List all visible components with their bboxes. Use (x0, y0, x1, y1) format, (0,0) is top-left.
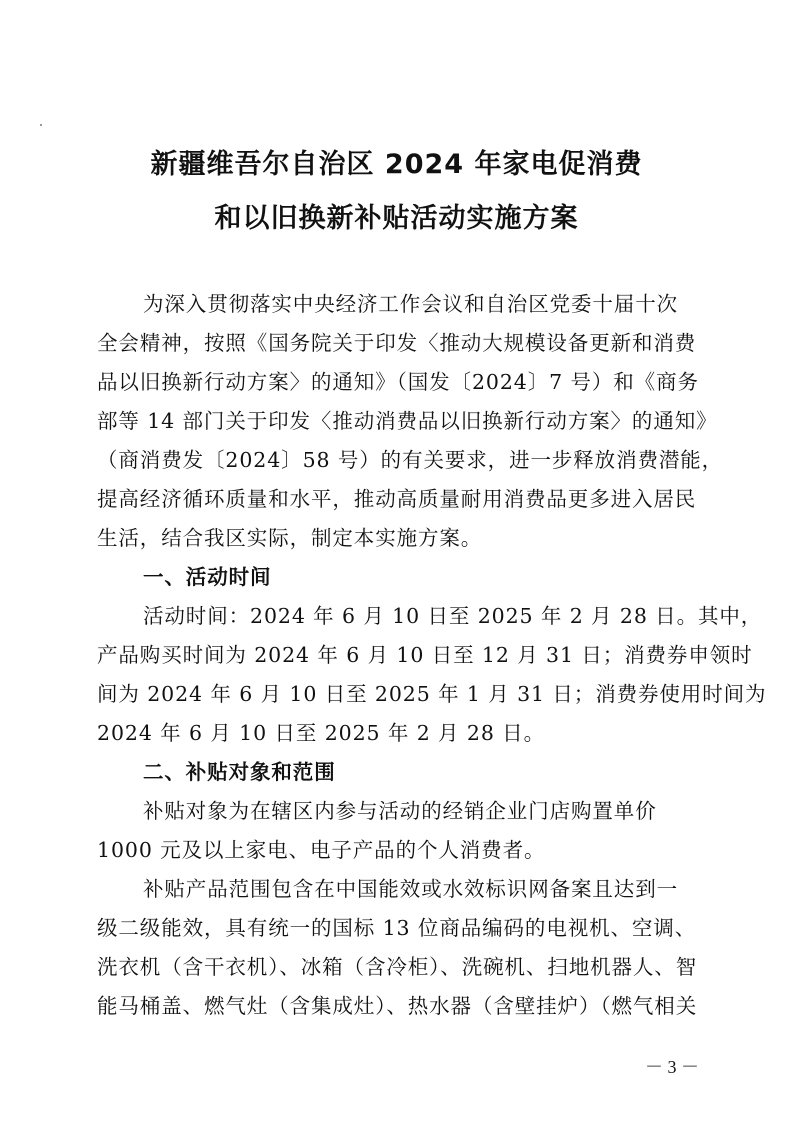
intro-line: （商消费发〔2024〕58 号）的有关要求，进一步释放消费潜能， (97, 443, 717, 473)
section2-para1-line: 1000 元及以上家电、电子产品的个人消费者。 (97, 833, 717, 863)
section1-line: 产品购买时间为 2024 年 6 月 10 日至 12 月 31 日；消费券申领… (97, 638, 717, 668)
scan-speck (40, 124, 42, 126)
section-heading-activity-time: 一、活动时间 (143, 560, 763, 590)
document-title-line-1: 新疆维吾尔自治区 2024 年家电促消费 (0, 142, 793, 181)
document-title-line-2: 和以旧换新补贴活动实施方案 (0, 196, 793, 235)
section2-para2-line: 级二级能效，具有统一的国标 13 位商品编码的电视机、空调、 (97, 911, 717, 941)
section1-line: 间为 2024 年 6 月 10 日至 2025 年 1 月 31 日；消费券使… (97, 677, 717, 707)
section2-para2-line: 补贴产品范围包含在中国能效或水效标识网备案且达到一 (143, 872, 763, 902)
section-heading-subsidy-scope: 二、补贴对象和范围 (143, 755, 763, 785)
section2-para2-line: 能马桶盖、燃气灶（含集成灶）、热水器（含壁挂炉）（燃气相关 (97, 989, 717, 1019)
section1-line: 活动时间：2024 年 6 月 10 日至 2025 年 2 月 28 日。其中… (143, 599, 763, 629)
section2-para2-line: 洗衣机（含干衣机）、冰箱（含冷柜）、洗碗机、扫地机器人、智 (97, 950, 717, 980)
intro-line: 全会精神，按照《国务院关于印发〈推动大规模设备更新和消费 (97, 326, 717, 356)
page-number: － 3 － (645, 1053, 699, 1079)
section1-line: 2024 年 6 月 10 日至 2025 年 2 月 28 日。 (97, 716, 717, 746)
intro-line: 部等 14 部门关于印发〈推动消费品以旧换新行动方案〉的通知》 (97, 404, 717, 434)
section2-para1-line: 补贴对象为在辖区内参与活动的经销企业门店购置单价 (143, 794, 763, 824)
intro-line: 为深入贯彻落实中央经济工作会议和自治区党委十届十次 (143, 287, 763, 317)
intro-line: 生活，结合我区实际，制定本实施方案。 (97, 521, 717, 551)
intro-line: 品以旧换新行动方案〉的通知》（国发〔2024〕7 号）和《商务 (97, 365, 717, 395)
intro-line: 提高经济循环质量和水平，推动高质量耐用消费品更多进入居民 (97, 482, 717, 512)
